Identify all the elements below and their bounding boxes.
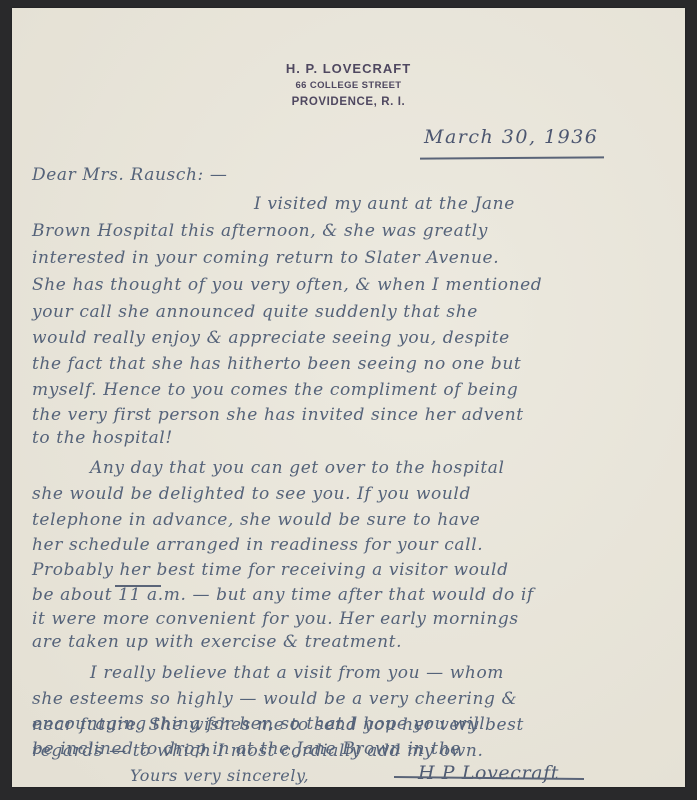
body-line: the fact that she has hitherto been seei…	[32, 354, 521, 374]
body-line: are taken up with exercise & treatment.	[32, 632, 402, 652]
letterhead-name: H. P. LOVECRAFT	[12, 60, 685, 78]
body-line: your call she announced quite suddenly t…	[32, 302, 478, 322]
body-line: she esteems so highly — would be a very …	[32, 689, 517, 709]
body-line: her schedule arranged in readiness for y…	[32, 535, 483, 555]
body-line: the very first person she has invited si…	[32, 405, 524, 425]
body-line: telephone in advance, she would be sure …	[32, 510, 480, 530]
body-line: near future. She wishes me to send you h…	[32, 715, 524, 735]
body-line: it were more convenient for you. Her ear…	[32, 609, 519, 629]
date-underline	[420, 156, 604, 159]
body-line: Probably her best time for receiving a v…	[32, 560, 509, 580]
letterhead-street: 66 COLLEGE STREET	[12, 78, 685, 93]
body-line: regards — to which I most cordially add …	[32, 741, 483, 761]
body-line: Brown Hospital this afternoon, & she was…	[32, 221, 488, 241]
body-line: Any day that you can get over to the hos…	[90, 458, 505, 478]
signature: H P Lovecraft	[418, 762, 559, 784]
letterhead-city: PROVIDENCE, R. I.	[12, 93, 685, 111]
letter-page: H. P. LOVECRAFT 66 COLLEGE STREET PROVID…	[12, 8, 685, 787]
salutation: Dear Mrs. Rausch: —	[32, 165, 227, 185]
letterhead: H. P. LOVECRAFT 66 COLLEGE STREET PROVID…	[12, 60, 685, 111]
body-line: would really enjoy & appreciate seeing y…	[32, 328, 510, 348]
body-line: I visited my aunt at the Jane	[254, 194, 515, 214]
closing: Yours very sincerely,	[130, 766, 309, 785]
body-line: interested in your coming return to Slat…	[32, 248, 499, 268]
body-line: She has thought of you very often, & whe…	[32, 275, 542, 295]
body-line: she would be delighted to see you. If yo…	[32, 484, 471, 504]
body-line: myself. Hence to you comes the complimen…	[32, 380, 518, 400]
body-line: be about 11 a.m. — but any time after th…	[32, 585, 534, 605]
emphasis-underline	[115, 585, 161, 587]
body-line: I really believe that a visit from you —…	[90, 663, 504, 683]
body-line: to the hospital!	[32, 428, 173, 448]
letter-date: March 30, 1936	[424, 126, 598, 148]
